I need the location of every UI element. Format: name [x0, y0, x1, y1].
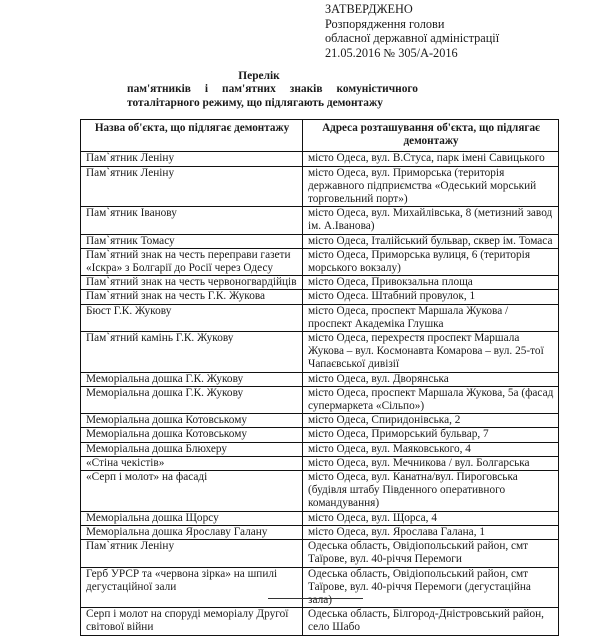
object-name-cell: Меморіальна дошка Блюхеру — [81, 442, 303, 456]
table-row: «Серп і молот» на фасадімісто Одеса, вул… — [81, 471, 559, 512]
approval-heading: ЗАТВЕРДЖЕНО — [325, 2, 499, 17]
object-address-cell: місто Одеса, вул. Приморська (територія … — [303, 166, 559, 207]
object-name-cell: Меморіальна дошка Щорсу — [81, 511, 303, 525]
object-address-cell: Одеська область, Овідіопольський район, … — [303, 567, 559, 608]
title-line-2: тоталітарного режиму, що підлягають демо… — [100, 97, 418, 110]
object-address-cell: місто Одеса, вул. Маяковського, 4 — [303, 442, 559, 456]
approval-authority-line: обласної державної адміністрації — [325, 31, 499, 46]
document-title: Перелік пам'ятників і пам'ятних знаків к… — [100, 70, 418, 110]
object-address-cell: місто Одеса, перехрестя проспект Маршала… — [303, 332, 559, 373]
table-row: Пам`ятний знак на честь переправи газети… — [81, 248, 559, 275]
table-row: Бюст Г.К. Жуковумісто Одеса, проспект Ма… — [81, 304, 559, 331]
object-name-cell: Меморіальна дошка Котовському — [81, 428, 303, 442]
object-name-cell: Пам`ятник Томасу — [81, 234, 303, 248]
object-address-cell: місто Одеса, вул. Дворянська — [303, 372, 559, 386]
object-name-cell: Пам`ятний знак на честь Г.К. Жукова — [81, 290, 303, 304]
object-address-cell: місто Одеса, вул. Михайлівська, 8 (метиз… — [303, 207, 559, 234]
table-row: Меморіальна дошка Котовськомумісто Одеса… — [81, 414, 559, 428]
table-row: Герб УРСР та «червона зірка» на шпилі де… — [81, 567, 559, 608]
object-address-cell: місто Одеса. Штабний провулок, 1 — [303, 290, 559, 304]
object-name-cell: Пам`ятник Іванову — [81, 207, 303, 234]
object-name-cell: Пам`ятник Леніну — [81, 540, 303, 567]
object-name-cell: Меморіальна дошка Г.К. Жукову — [81, 386, 303, 413]
object-name-cell: Серп і молот на споруді меморіалу Другої… — [81, 608, 303, 635]
table-row: Меморіальна дошка Щорсумісто Одеса, вул.… — [81, 511, 559, 525]
column-header-address: Адреса розташування об'єкта, що підлягає… — [303, 120, 559, 152]
object-name-cell: Пам`ятний знак на честь червоногвардійці… — [81, 276, 303, 290]
object-name-cell: Меморіальна дошка Котовському — [81, 414, 303, 428]
object-address-cell: місто Одеса, вул. Канатна/вул. Пироговсь… — [303, 471, 559, 512]
table-row: Пам`ятний камінь Г.К. Жуковумісто Одеса,… — [81, 332, 559, 373]
object-address-cell: місто Одеса, вул. В.Стуса, парк імені Са… — [303, 152, 559, 166]
object-name-cell: Пам`ятник Леніну — [81, 166, 303, 207]
approval-order-line: Розпорядження голови — [325, 17, 499, 32]
object-address-cell: місто Одеса, Спиридонівська, 2 — [303, 414, 559, 428]
table-row: «Стіна чекістів»місто Одеса, вул. Мечник… — [81, 456, 559, 470]
object-address-cell: місто Одеса, вул. Мечникова / вул. Болга… — [303, 456, 559, 470]
object-name-cell: «Стіна чекістів» — [81, 456, 303, 470]
table-row: Пам`ятний знак на честь червоногвардійці… — [81, 276, 559, 290]
object-address-cell: місто Одеса, Приморська вулиця, 6 (терит… — [303, 248, 559, 275]
object-address-cell: місто Одеса, проспект Маршала Жукова / п… — [303, 304, 559, 331]
table-row: Меморіальна дошка Котовськомумісто Одеса… — [81, 428, 559, 442]
monuments-table: Назва об'єкта, що підлягає демонтажу Адр… — [80, 119, 559, 636]
footer-divider — [268, 598, 363, 599]
table-row: Пам`ятний знак на честь Г.К. Жуковамісто… — [81, 290, 559, 304]
table-body: Пам`ятник Ленінумісто Одеса, вул. В.Стус… — [81, 152, 559, 635]
table-row: Пам`ятник Івановумісто Одеса, вул. Михай… — [81, 207, 559, 234]
table-row: Серп і молот на споруді меморіалу Другої… — [81, 608, 559, 635]
table-row: Меморіальна дошка Г.К. Жуковумісто Одеса… — [81, 372, 559, 386]
table-row: Меморіальна дошка Г.К. Жуковумісто Одеса… — [81, 386, 559, 413]
title-heading: Перелік — [100, 70, 418, 83]
table-header-row: Назва об'єкта, що підлягає демонтажу Адр… — [81, 120, 559, 152]
object-name-cell: «Серп і молот» на фасаді — [81, 471, 303, 512]
object-address-cell: місто Одеса, проспект Маршала Жукова, 5а… — [303, 386, 559, 413]
object-name-cell: Меморіальна дошка Г.К. Жукову — [81, 372, 303, 386]
object-address-cell: Одеська область, Овідіопольський район, … — [303, 540, 559, 567]
title-line-1: пам'ятників і пам'ятних знаків комуністи… — [100, 83, 418, 96]
object-name-cell: Пам`ятний камінь Г.К. Жукову — [81, 332, 303, 373]
table-row: Пам`ятник ЛенінуОдеська область, Овідіоп… — [81, 540, 559, 567]
approval-stamp: ЗАТВЕРДЖЕНО Розпорядження голови обласно… — [325, 2, 499, 60]
object-address-cell: Одеська область, Білгород-Дністровський … — [303, 608, 559, 635]
object-name-cell: Меморіальна дошка Ярославу Галану — [81, 525, 303, 539]
table-row: Меморіальна дошка Блюхерумісто Одеса, ву… — [81, 442, 559, 456]
object-address-cell: місто Одеса, Італійський бульвар, сквер … — [303, 234, 559, 248]
object-address-cell: місто Одеса, вул. Щорса, 4 — [303, 511, 559, 525]
table-row: Меморіальна дошка Ярославу Галанумісто О… — [81, 525, 559, 539]
table-row: Пам`ятник Ленінумісто Одеса, вул. В.Стус… — [81, 152, 559, 166]
object-address-cell: місто Одеса, Приморський бульвар, 7 — [303, 428, 559, 442]
approval-date-number: 21.05.2016 № 305/А-2016 — [325, 46, 499, 61]
object-name-cell: Пам`ятник Леніну — [81, 152, 303, 166]
object-name-cell: Бюст Г.К. Жукову — [81, 304, 303, 331]
object-name-cell: Герб УРСР та «червона зірка» на шпилі де… — [81, 567, 303, 608]
object-name-cell: Пам`ятний знак на честь переправи газети… — [81, 248, 303, 275]
object-address-cell: місто Одеса, вул. Ярослава Галана, 1 — [303, 525, 559, 539]
column-header-name: Назва об'єкта, що підлягає демонтажу — [81, 120, 303, 152]
object-address-cell: місто Одеса, Привокзальна площа — [303, 276, 559, 290]
table-row: Пам`ятник Томасумісто Одеса, Італійський… — [81, 234, 559, 248]
table-row: Пам`ятник Ленінумісто Одеса, вул. Примор… — [81, 166, 559, 207]
